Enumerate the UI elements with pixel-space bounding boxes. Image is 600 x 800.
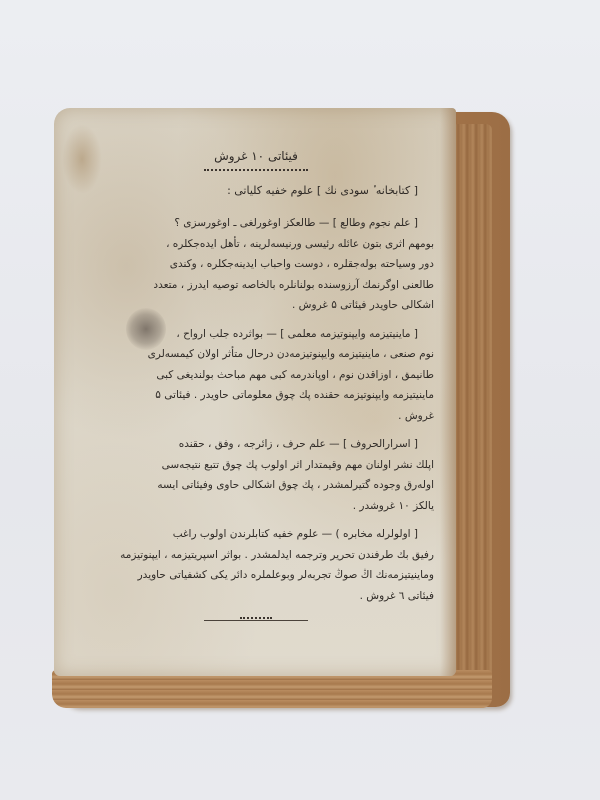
catalog-entry: [ علم نجوم وطالع ] — طالعکز اوغورلغی ـ ا…	[78, 213, 434, 316]
entry-heading: [ ماینیتیزمه وایپنوتیزمه معلمی ] — بواثر…	[78, 324, 434, 345]
entry-subtitle: — بواثرده جلب ارواح ،	[176, 328, 276, 340]
entry-heading: [ اولولرله مخابره ) — علوم خفیه کتابلرند…	[78, 524, 434, 545]
entry-line: طانیمق ، اوزاقدن نوم ، اوپاندرمه کبی مهم…	[78, 365, 434, 386]
entry-line: اوله‌رق وجوده گتیرلمشدر ، پك چوق اشکالی …	[78, 475, 434, 496]
entry-title: [ اولولرله مخابره )	[336, 528, 418, 540]
entry-line: دور وسیاحته بوله‌جقلره ، دوست واحباب اید…	[78, 254, 434, 275]
entry-title: [ اسرارالحروف ]	[343, 438, 418, 450]
entry-line: نوم صنعی ، ماینیتیزمه وایپنوتیزمه‌دن درح…	[78, 344, 434, 365]
entry-line: طالعنی اوگرنمك آرزوسنده بولنانلره بالخاص…	[78, 275, 434, 296]
catalog-entry: [ اسرارالحروف ] — علم حرف ، زائرجه ، وفق…	[78, 434, 434, 516]
entry-line: یالکز ۱۰ غروشدر .	[78, 496, 434, 517]
entry-line: وماینیتیزمه‌نك اڭ صوڭ تجربه‌لر وبوعلملره…	[78, 565, 434, 586]
entry-line: ماینیتیزمه وایپنوتیزمه حقنده پك چوق معلو…	[78, 385, 434, 406]
text-block: فیئاتی ۱۰ غروش [ کتابخانه ٔ سودی نك ] عل…	[78, 146, 434, 627]
catalog-entry: [ ماینیتیزمه وایپنوتیزمه معلمی ] — بواثر…	[78, 324, 434, 427]
price-header: فیئاتی ۱۰ غروش	[78, 146, 434, 167]
entry-title: [ ماینیتیزمه وایپنوتیزمه معلمی ]	[280, 328, 418, 340]
photo-scene: فیئاتی ۱۰ غروش [ کتابخانه ٔ سودی نك ] عل…	[0, 0, 600, 800]
entry-line: اشکالی حاویدر فیئاتی ۵ غروش .	[78, 295, 434, 316]
entry-heading: [ علم نجوم وطالع ] — طالعکز اوغورلغی ـ ا…	[78, 213, 434, 234]
ornament-dots	[240, 617, 272, 619]
entry-line: فیئاتی ٦ غروش .	[78, 586, 434, 607]
entry-subtitle: — علوم خفیه کتابلرندن اولوب راغب	[173, 528, 332, 540]
entry-heading: [ اسرارالحروف ] — علم حرف ، زائرجه ، وفق…	[78, 434, 434, 455]
entry-line: بومهم اثری بتون عائله رئیسی ورنیسه‌لرینه…	[78, 234, 434, 255]
entry-line: اپلك نشر اولنان مهم وقیمتدار اثر اولوب پ…	[78, 455, 434, 476]
entry-subtitle: — طالعکز اوغورلغی ـ اوغورسزی ؟	[174, 217, 329, 229]
catalog-title: [ کتابخانه ٔ سودی نك ] علوم خفیه کلیاتی …	[78, 181, 434, 202]
entry-title: [ علم نجوم وطالع ]	[333, 217, 418, 229]
dotted-rule-divider	[204, 169, 308, 171]
entry-subtitle: — علم حرف ، زائرجه ، وفق ، حقنده	[179, 438, 340, 450]
document-page: فیئاتی ۱۰ غروش [ کتابخانه ٔ سودی نك ] عل…	[54, 108, 456, 676]
catalog-entry: [ اولولرله مخابره ) — علوم خفیه کتابلرند…	[78, 524, 434, 606]
end-ornament-divider	[204, 620, 308, 627]
entry-line: غروش .	[78, 406, 434, 427]
entry-line: رفیق بك طرفندن تحریر وترجمه ایدلمشدر . ب…	[78, 545, 434, 566]
